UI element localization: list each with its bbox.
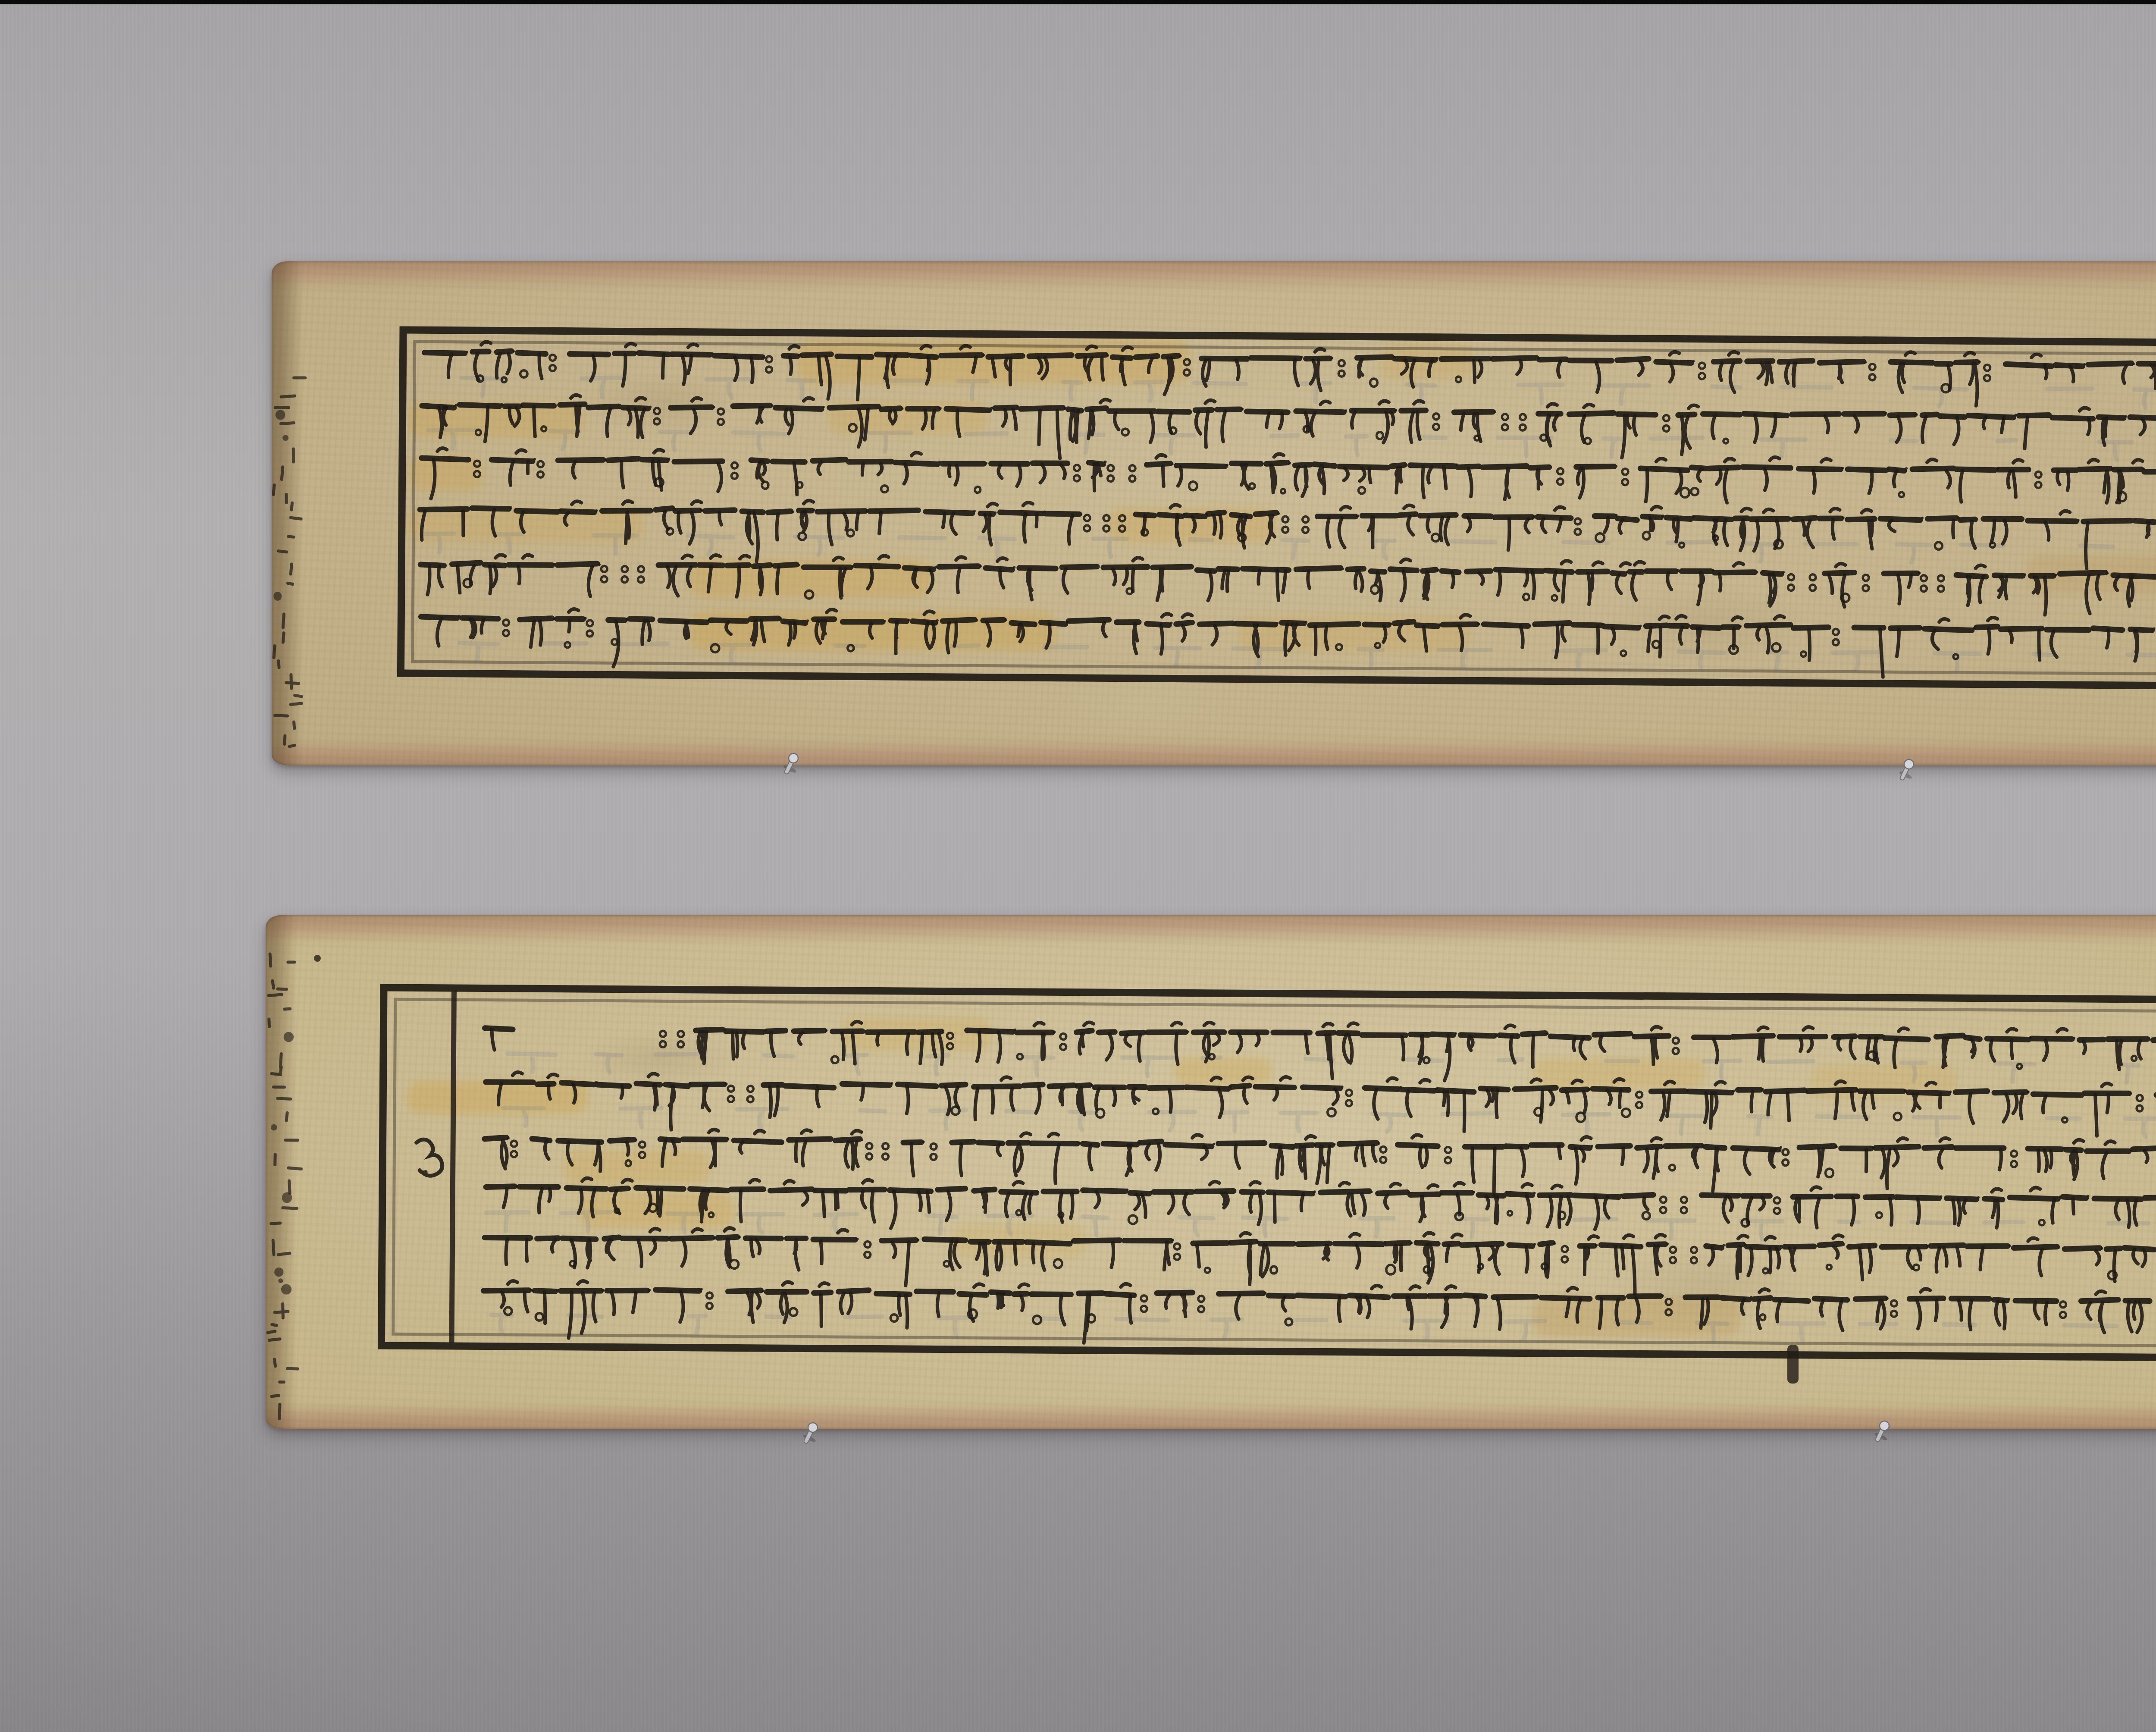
left-column-rule bbox=[452, 992, 454, 1343]
left-edge-offset-smudges bbox=[268, 954, 301, 1418]
marginal-volume-glyph bbox=[416, 1139, 442, 1176]
metal-pin bbox=[781, 752, 803, 778]
metal-pin bbox=[1872, 1419, 1894, 1445]
photo-stage bbox=[0, 0, 2156, 1732]
annotation-stain bbox=[1174, 1057, 1273, 1085]
lower-leaf-artwork bbox=[266, 915, 2156, 1429]
upper-leaf-artwork bbox=[272, 261, 2156, 766]
metal-pin bbox=[801, 1421, 823, 1447]
upper-leaf bbox=[272, 261, 2156, 766]
ink-drip bbox=[1787, 1345, 1799, 1384]
photo-vignette bbox=[0, 0, 2156, 1732]
annotation-stain bbox=[1238, 616, 1470, 651]
metal-pin bbox=[1897, 758, 1919, 784]
left-edge-offset-smudges bbox=[273, 378, 305, 747]
ink-spots bbox=[314, 937, 2156, 962]
lower-leaf bbox=[266, 915, 2156, 1429]
photo-top-edge-bar bbox=[0, 0, 2156, 4]
